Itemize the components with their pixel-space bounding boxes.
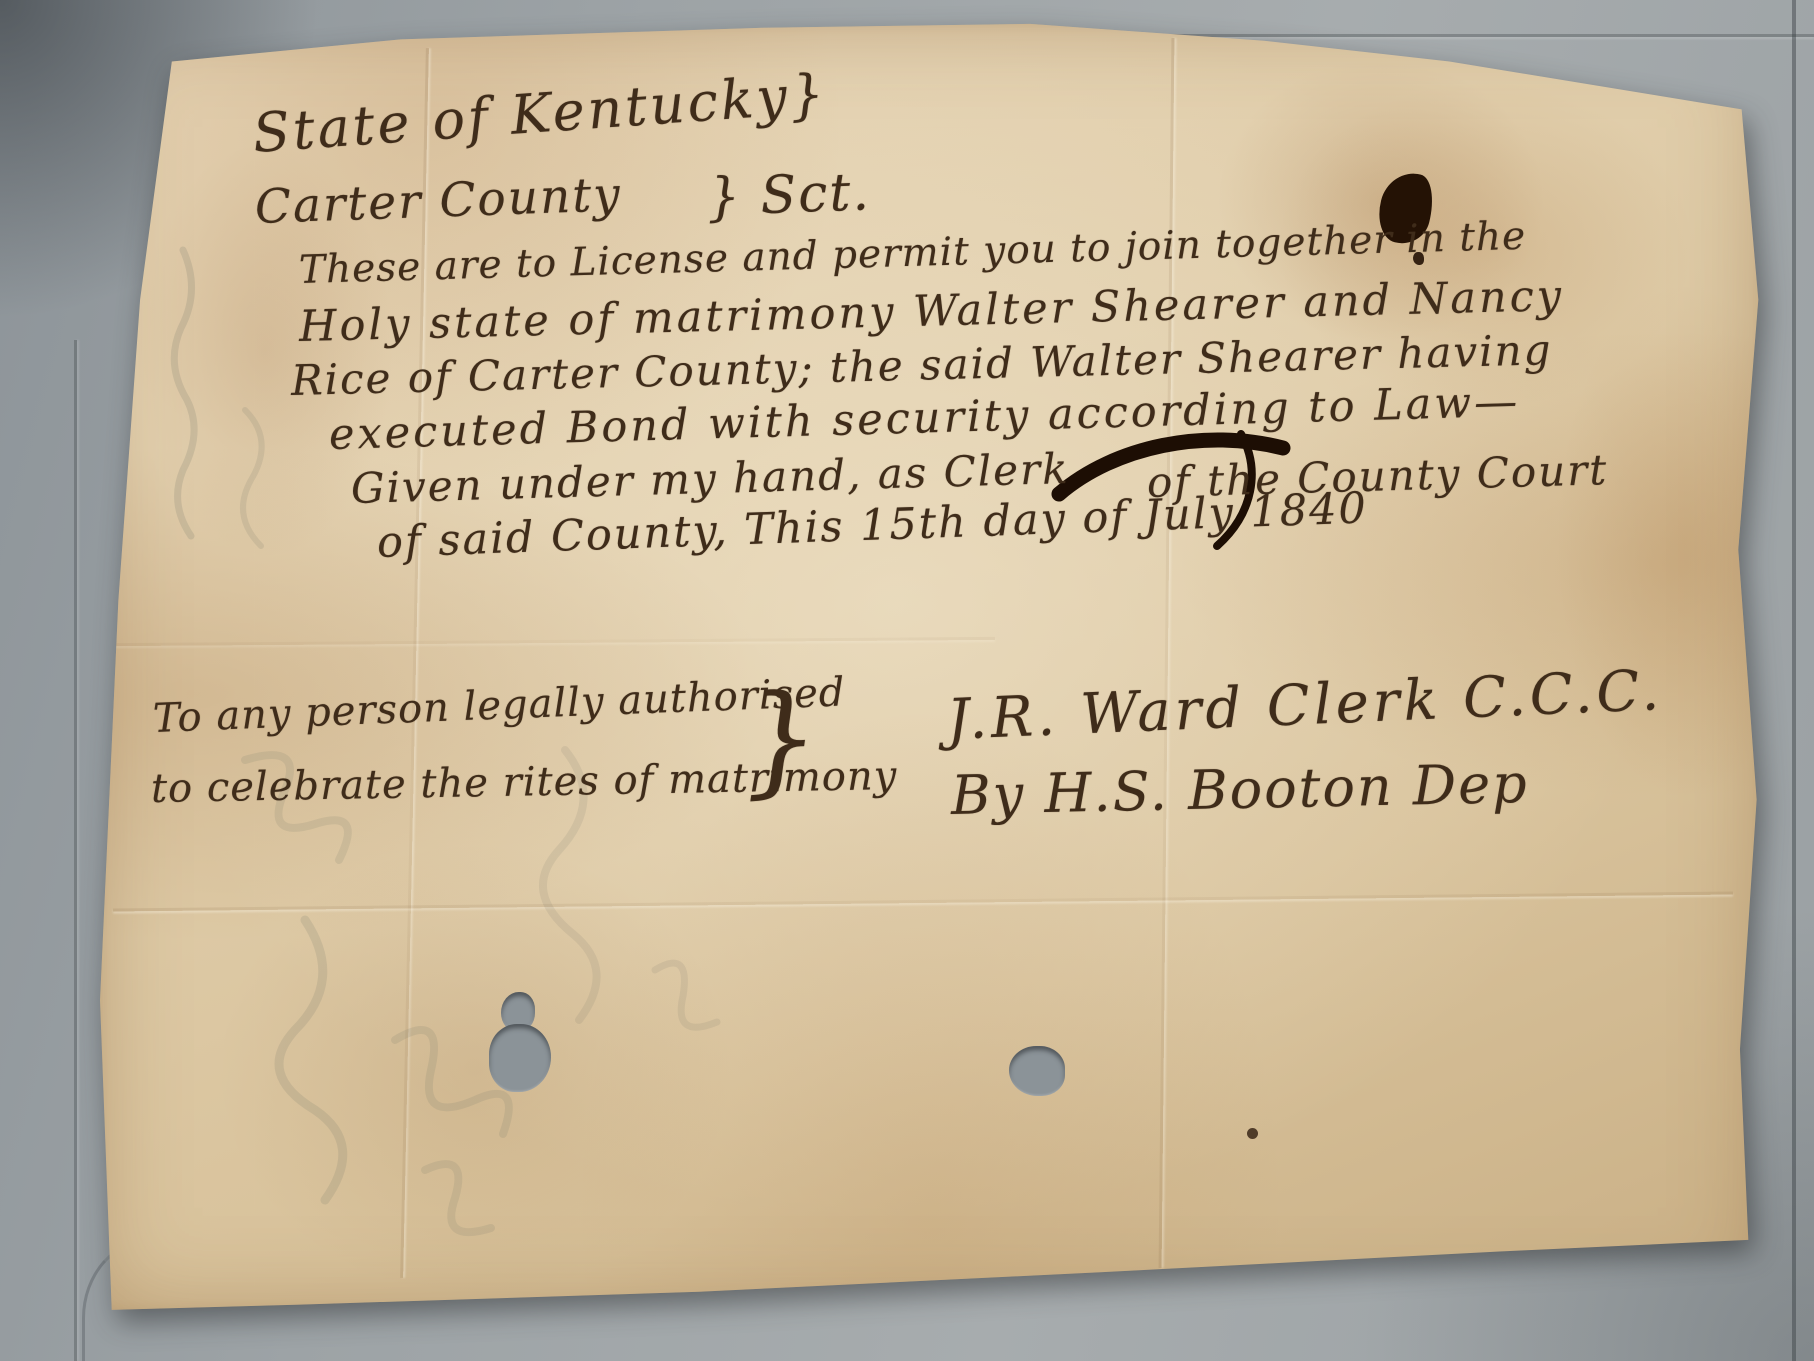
heading-state-line: State of Kentucky} (251, 62, 829, 165)
fold-crease-horizontal (113, 892, 1733, 912)
fold-crease-vertical-left (400, 48, 429, 1278)
paper-sheet: State of Kentucky} Carter County } Sct. … (95, 20, 1765, 1315)
photo-of-document: { "colors": { "table_surface": "#9aa0a4"… (0, 0, 1814, 1361)
punched-hole-left (489, 1024, 551, 1092)
document-paper: State of Kentucky} Carter County } Sct. … (95, 20, 1765, 1315)
fold-crease-vertical-right (1159, 38, 1175, 1268)
punched-hole-right (1009, 1046, 1065, 1096)
ink-spot-small (1247, 1128, 1258, 1139)
heading-sct: } Sct. (706, 162, 872, 228)
fold-crease-horizontal-faint (115, 637, 995, 646)
surface-seam-left (74, 340, 77, 1361)
heading-county-line: Carter County (254, 167, 622, 235)
signature-line-2: By H.S. Booton Dep (950, 752, 1529, 827)
surface-seam-right (1792, 0, 1796, 1361)
footer-address-brace: } (739, 668, 823, 811)
signature-line-1: J.R. Ward Clerk C.C.C. (946, 658, 1665, 753)
age-stain (215, 840, 735, 1300)
